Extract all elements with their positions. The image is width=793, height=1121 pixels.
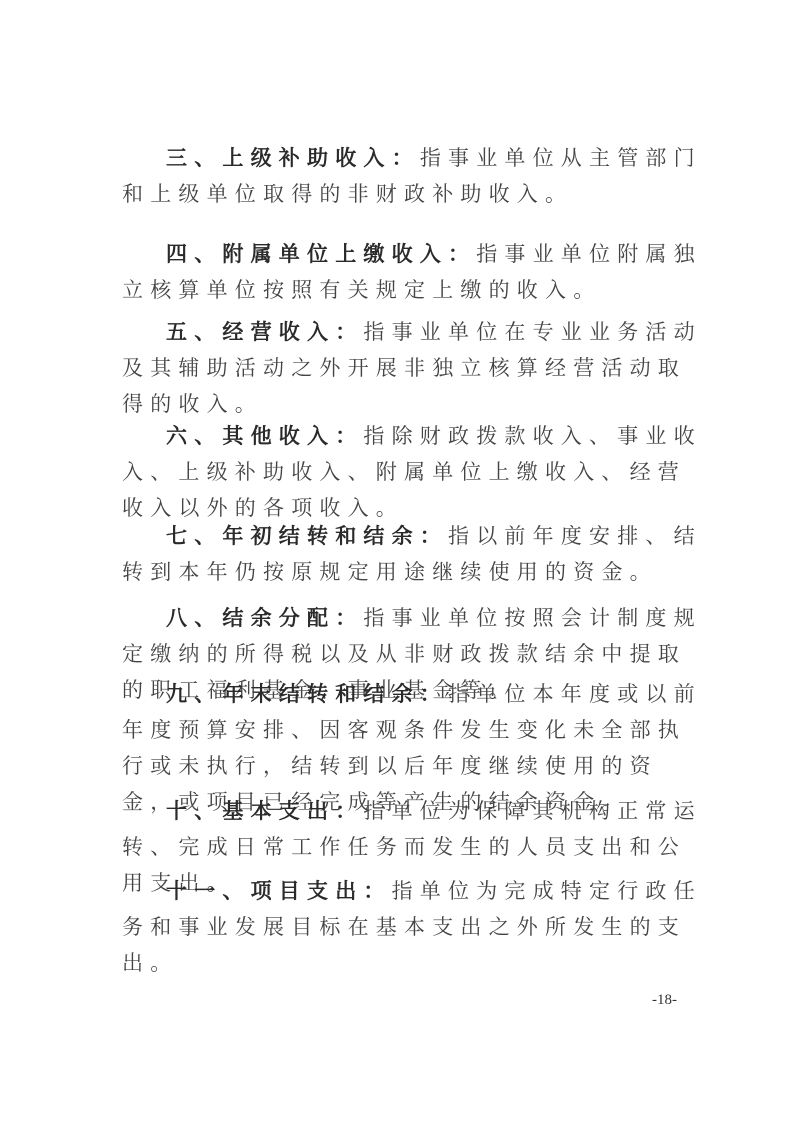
term-label: 十、基本支出： bbox=[166, 799, 363, 823]
term-label: 十一、项目支出： bbox=[166, 879, 392, 903]
paragraph-operating-income: 五、经营收入：指事业单位在专业业务活动及其辅助活动之外开展非独立核算经营活动取得… bbox=[122, 314, 702, 422]
term-label: 六、其他收入： bbox=[166, 424, 363, 448]
paragraph-project-expenditure: 十一、项目支出：指单位为完成特定行政任务和事业发展目标在基本支出之外所发生的支出… bbox=[122, 873, 702, 981]
term-label: 七、年初结转和结余： bbox=[166, 524, 448, 548]
term-label: 三、上级补助收入： bbox=[166, 146, 420, 170]
paragraph-affiliated-unit-income: 四、附属单位上缴收入：指事业单位附属独立核算单位按照有关规定上缴的收入。 bbox=[122, 236, 702, 308]
paragraph-superior-subsidy-income: 三、上级补助收入：指事业单位从主管部门和上级单位取得的非财政补助收入。 bbox=[122, 140, 702, 212]
term-label: 四、附属单位上缴收入： bbox=[166, 242, 476, 266]
term-label: 九、年末结转和结余： bbox=[166, 682, 448, 706]
paragraph-other-income: 六、其他收入：指除财政拨款收入、事业收入、上级补助收入、附属单位上缴收入、经营收… bbox=[122, 418, 702, 526]
page-number: -18- bbox=[652, 992, 677, 1009]
term-label: 五、经营收入： bbox=[166, 320, 363, 344]
paragraph-carryover-beginning: 七、年初结转和结余：指以前年度安排、结转到本年仍按原规定用途继续使用的资金。 bbox=[122, 518, 702, 590]
term-label: 八、结余分配： bbox=[166, 606, 363, 630]
document-page: 三、上级补助收入：指事业单位从主管部门和上级单位取得的非财政补助收入。 四、附属… bbox=[0, 0, 793, 1121]
